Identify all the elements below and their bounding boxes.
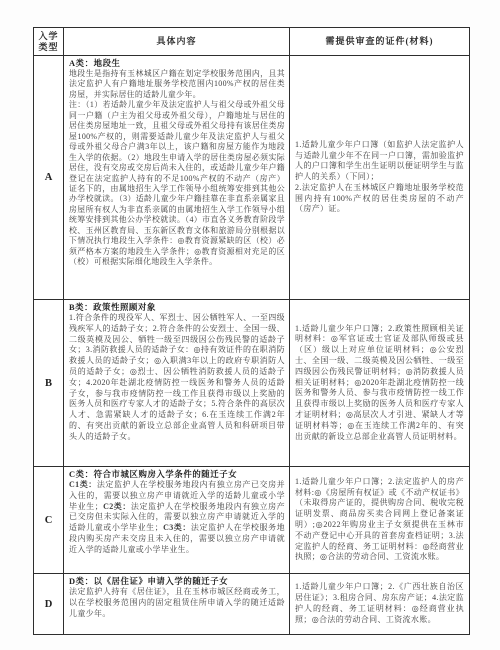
row-c-label: C xyxy=(45,515,53,526)
row-b-docs: 1.适龄儿童少年户口簿；2.政策性照顾相关证明材料：◎军官证或士官证及部队师级或… xyxy=(295,324,464,443)
table-header-row: 入学 类型 具体内容 需提供审查的证件(材料) xyxy=(34,28,469,56)
row-a-body: 地段生是指持有玉林城区户籍在划定学校服务范围内，且其法定监护人有户籍地址服务学校… xyxy=(69,69,285,268)
table-row-category-d: D D类：以《居住证》申请入学的随迁子女 法定监护人持有《居住证》，且在玉林市城… xyxy=(34,574,469,634)
row-d-type-label-cell: D xyxy=(34,574,64,634)
enrollment-table: 入学 类型 具体内容 需提供审查的证件(材料) A A类：地段生 地段生是指持有… xyxy=(33,27,470,635)
row-d-content-cell: D类：以《居住证》申请入学的随迁子女 法定监护人持有《居住证》，且在玉林市城区经… xyxy=(64,574,290,634)
row-a-type-label-cell: A xyxy=(34,56,64,299)
header-specific-content: 具体内容 xyxy=(64,28,290,55)
row-a-content-cell: A类：地段生 地段生是指持有玉林城区户籍在划定学校服务范围内，且其法定监护人有户… xyxy=(64,56,290,299)
row-c-title: C类：符合市城区购房入学条件的随迁子女 xyxy=(69,469,285,480)
row-d-label: D xyxy=(45,599,53,610)
row-c-body: C1类：法定监护人在学校服务地段内有独立房产已交房并入住的，需要以独立房产申请就… xyxy=(69,480,285,556)
row-d-docs: 1.适龄儿童少年户口簿；2.《广西壮族自治区居住证》；3.租房合同、房东房产证；… xyxy=(295,582,464,625)
row-b-docs-cell: 1.适龄儿童少年户口簿；2.政策性照顾相关证明材料：◎军官证或士官证及部队师级或… xyxy=(290,300,469,466)
header-enrollment-type: 入学 类型 xyxy=(34,28,64,55)
row-a-docs-cell: 1.适龄儿童少年户口簿（如监护人法定监护人与适龄儿童少年不在同一户口簿，需加验监… xyxy=(290,56,469,299)
document-page: 入学 类型 具体内容 需提供审查的证件(材料) A A类：地段生 地段生是指持有… xyxy=(0,0,500,650)
row-b-type-label-cell: B xyxy=(34,300,64,466)
row-a-title: A类：地段生 xyxy=(69,58,285,69)
row-b-label: B xyxy=(45,378,52,389)
row-a-docs: 1.适龄儿童少年户口簿（如监护人法定监护人与适龄儿童少年不在同一户口簿，需加验监… xyxy=(295,140,464,216)
table-row-category-c: C C类：符合市城区购房入学条件的随迁子女 C1类：法定监护人在学校服务地段内有… xyxy=(34,467,469,574)
row-b-body: 1.符合条件的现役军人、军烈士、因公牺牲军人、一至四级残疾军人的适龄子女；2.符… xyxy=(69,313,285,443)
row-c-content-cell: C类：符合市城区购房入学条件的随迁子女 C1类：法定监护人在学校服务地段内有独立… xyxy=(64,467,290,573)
row-c-docs: 1.适龄儿童少年户口簿；2.法定监护人的房产材料:◎《房屋所有权证》或《不动产权… xyxy=(295,477,464,563)
header-required-documents: 需提供审查的证件(材料) xyxy=(290,28,469,55)
row-b-content-cell: B类：政策性照顾对象 1.符合条件的现役军人、军烈士、因公牺牲军人、一至四级残疾… xyxy=(64,300,290,466)
row-c-docs-cell: 1.适龄儿童少年户口簿；2.法定监护人的房产材料:◎《房屋所有权证》或《不动产权… xyxy=(290,467,469,573)
row-c-type-label-cell: C xyxy=(34,467,64,573)
row-d-docs-cell: 1.适龄儿童少年户口簿；2.《广西壮族自治区居住证》；3.租房合同、房东房产证；… xyxy=(290,574,469,634)
table-row-category-b: B B类：政策性照顾对象 1.符合条件的现役军人、军烈士、因公牺牲军人、一至四级… xyxy=(34,300,469,467)
row-d-body: 法定监护人持有《居住证》，且在玉林市城区经商或务工，以在学校服务范围内的固定租赁… xyxy=(69,587,285,619)
row-b-title: B类：政策性照顾对象 xyxy=(69,302,285,313)
table-row-category-a: A A类：地段生 地段生是指持有玉林城区户籍在划定学校服务范围内，且其法定监护人… xyxy=(34,56,469,300)
row-a-label: A xyxy=(45,172,53,183)
row-d-title: D类：以《居住证》申请入学的随迁子女 xyxy=(69,576,285,587)
